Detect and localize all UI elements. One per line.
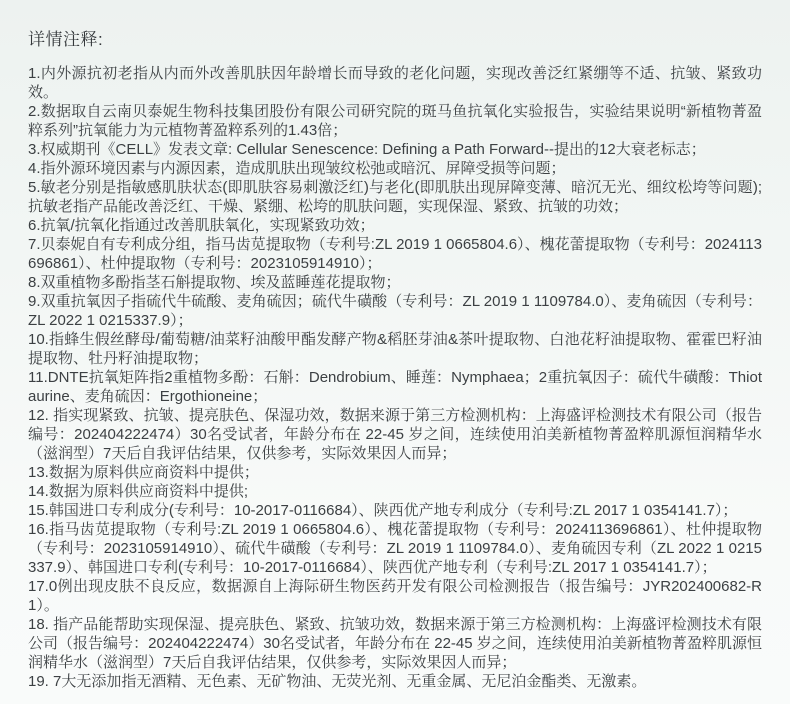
detail-notes-section: 详情注释: 1.内外源抗初老指从内而外改善肌肤因年龄增长而导致的老化问题，实现改… xyxy=(0,0,790,704)
note-item: 8.双重植物多酚指茎石斛提取物、埃及蓝睡莲花提取物； xyxy=(28,273,762,292)
page-title: 详情注释: xyxy=(28,30,762,50)
note-item: 10.指蜂生假丝酵母/葡萄糖/油菜籽油酸甲酯发酵产物&稻胚芽油&茶叶提取物、白池… xyxy=(28,330,762,368)
note-item: 7.贝泰妮自有专利成分组，指马齿苋提取物（专利号:ZL 2019 1 06658… xyxy=(28,235,762,273)
note-item: 2.数据取自云南贝泰妮生物科技集团股份有限公司研究院的斑马鱼抗氧化实验报告，实验… xyxy=(28,102,762,140)
note-item: 5.敏老分别是指敏感肌肤状态(即肌肤容易刺激泛红)与老化(即肌肤出现屏障变薄、暗… xyxy=(28,178,762,216)
note-item: 12. 指实现紧致、抗皱、提亮肤色、保湿功效，数据来源于第三方检测机构：上海盛评… xyxy=(28,406,762,463)
note-item: 1.内外源抗初老指从内而外改善肌肤因年龄增长而导致的老化问题，实现改善泛红紧绷等… xyxy=(28,64,762,102)
note-item: 14.数据为原料供应商资料中提供; xyxy=(28,482,762,501)
note-item: 18. 指产品能帮助实现保湿、提亮肤色、紧致、抗皱功效，数据来源于第三方检测机构… xyxy=(28,615,762,672)
note-item: 3.权威期刊《CELL》发表文章: Cellular Senescence: D… xyxy=(28,140,762,159)
note-item: 16.指马齿苋提取物（专利号:ZL 2019 1 0665804.6）、槐花蕾提… xyxy=(28,520,762,577)
note-item: 13.数据为原料供应商资料中提供； xyxy=(28,463,762,482)
note-item: 9.双重抗氧因子指硫代牛硫酸、麦角硫因；硫代牛磺酸（专利号：ZL 2019 1 … xyxy=(28,292,762,330)
note-item: 15.韩国进口专利成分(专利号：10-2017-0116684）、陕西优产地专利… xyxy=(28,501,762,520)
notes-list: 1.内外源抗初老指从内而外改善肌肤因年龄增长而导致的老化问题，实现改善泛红紧绷等… xyxy=(28,64,762,691)
note-item: 17.0例出现皮肤不良反应，数据源自上海际研生物医药开发有限公司检测报告（报告编… xyxy=(28,577,762,615)
note-item: 4.指外源环境因素与内源因素，造成肌肤出现皱纹松弛或暗沉、屏障受损等问题； xyxy=(28,159,762,178)
note-item: 19. 7大无添加指无酒精、无色素、无矿物油、无荧光剂、无重金属、无尼泊金酯类、… xyxy=(28,672,762,691)
note-item: 11.DNTE抗氧矩阵指2重植物多酚：石斛：Dendrobium、睡莲：Nymp… xyxy=(28,368,762,406)
note-item: 6.抗氧/抗氧化指通过改善肌肤氧化，实现紧致功效； xyxy=(28,216,762,235)
